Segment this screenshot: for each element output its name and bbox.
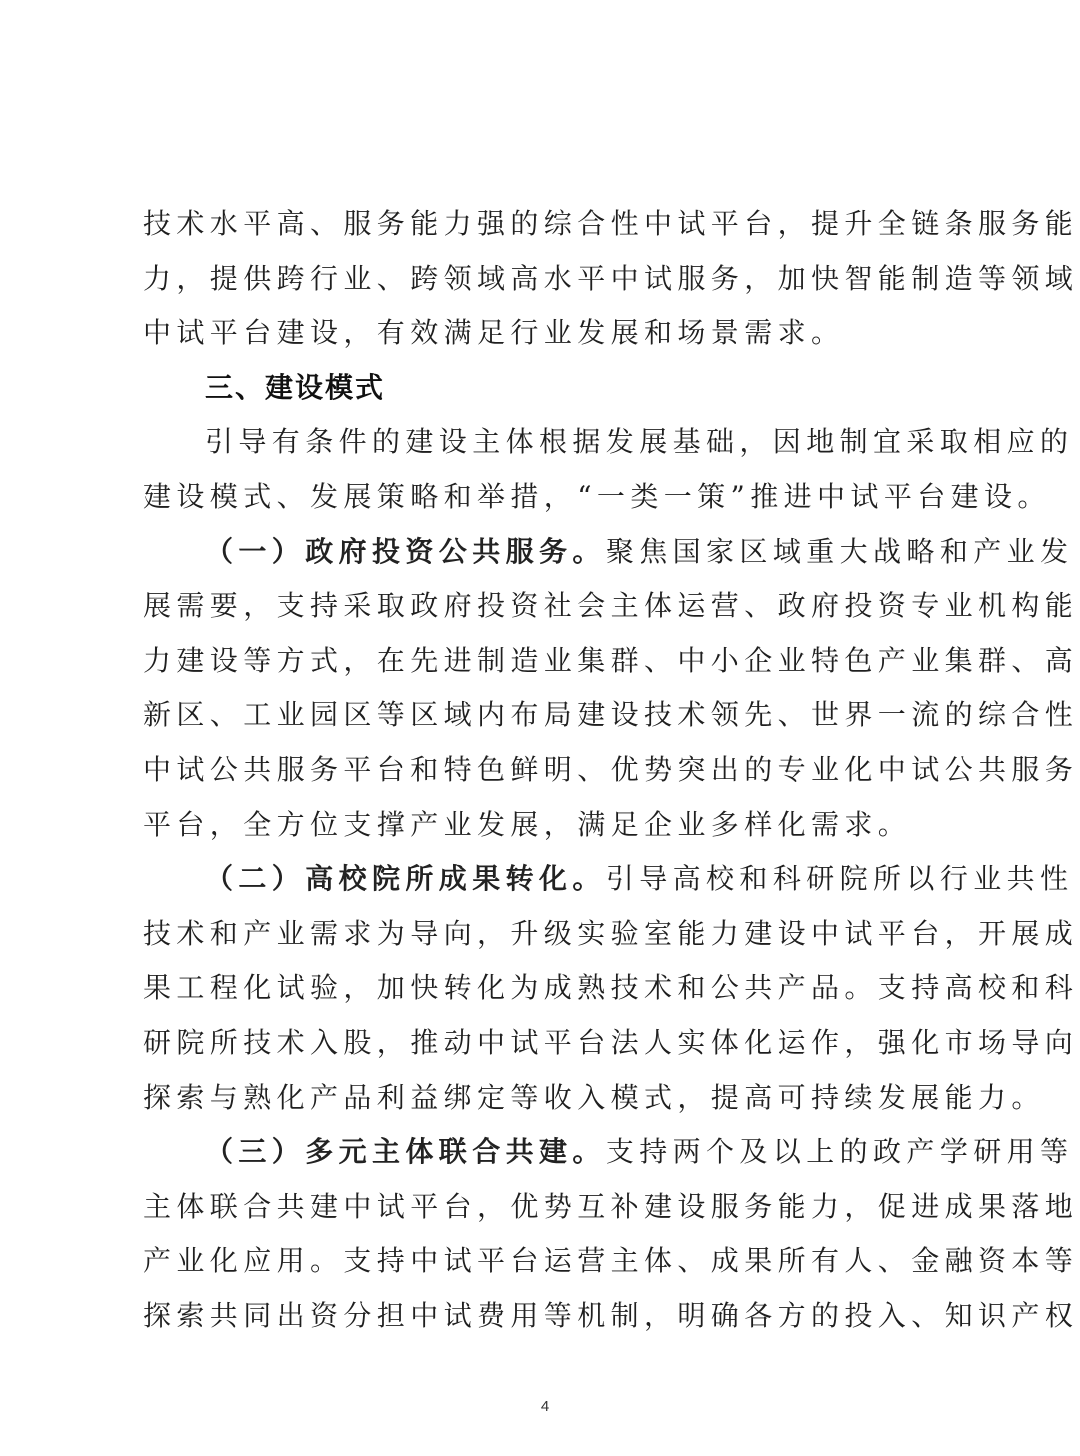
paragraph-line: 研院所技术入股，推动中试平台法人实体化运作，强化市场导向， <box>143 1023 947 1078</box>
paragraph-line: 新区、工业园区等区域内布局建设技术领先、世界一流的综合性 <box>143 695 947 750</box>
paragraph-line: 平台，全方位支撑产业发展，满足企业多样化需求。 <box>143 805 947 860</box>
paragraph-line: 建设模式、发展策略和举措，“一类一策”推进中试平台建设。 <box>143 477 947 532</box>
paragraph-line: 技术水平高、服务能力强的综合性中试平台，提升全链条服务能 <box>143 204 947 259</box>
subsection-line: （三）多元主体联合共建。支持两个及以上的政产学研用等 <box>143 1132 947 1187</box>
paragraph-line: 展需要，支持采取政府投资社会主体运营、政府投资专业机构能 <box>143 586 947 641</box>
paragraph-line: 力，提供跨行业、跨领域高水平中试服务，加快智能制造等领域 <box>143 259 947 314</box>
paragraph-line: 引导有条件的建设主体根据发展基础，因地制宜采取相应的 <box>143 422 947 477</box>
subsection-title: （一）政府投资公共服务。 <box>205 535 606 568</box>
subsection-line: （一）政府投资公共服务。聚焦国家区域重大战略和产业发 <box>143 532 947 587</box>
document-body: 技术水平高、服务能力强的综合性中试平台，提升全链条服务能 力，提供跨行业、跨领域… <box>143 204 947 1350</box>
subsection-text: 聚焦国家区域重大战略和产业发 <box>606 535 1074 568</box>
page-number: 4 <box>0 1398 1080 1415</box>
section-heading: 三、建设模式 <box>143 368 947 423</box>
document-page: 技术水平高、服务能力强的综合性中试平台，提升全链条服务能 力，提供跨行业、跨领域… <box>0 0 1080 1456</box>
subsection-title: （三）多元主体联合共建。 <box>205 1135 606 1168</box>
paragraph-line: 中试公共服务平台和特色鲜明、优势突出的专业化中试公共服务 <box>143 750 947 805</box>
paragraph-line: 产业化应用。支持中试平台运营主体、成果所有人、金融资本等， <box>143 1241 947 1296</box>
paragraph-line: 探索与熟化产品利益绑定等收入模式，提高可持续发展能力。 <box>143 1078 947 1133</box>
paragraph-line: 中试平台建设，有效满足行业发展和场景需求。 <box>143 313 947 368</box>
paragraph-line: 主体联合共建中试平台，优势互补建设服务能力，促进成果落地 <box>143 1187 947 1242</box>
paragraph-line: 力建设等方式，在先进制造业集群、中小企业特色产业集群、高 <box>143 641 947 696</box>
paragraph-line: 果工程化试验，加快转化为成熟技术和公共产品。支持高校和科 <box>143 968 947 1023</box>
paragraph-line: 探索共同出资分担中试费用等机制，明确各方的投入、知识产权 <box>143 1296 947 1351</box>
subsection-text: 支持两个及以上的政产学研用等 <box>606 1135 1074 1168</box>
subsection-title: （二）高校院所成果转化。 <box>205 862 606 895</box>
paragraph-line: 技术和产业需求为导向，升级实验室能力建设中试平台，开展成 <box>143 914 947 969</box>
subsection-line: （二）高校院所成果转化。引导高校和科研院所以行业共性 <box>143 859 947 914</box>
subsection-text: 引导高校和科研院所以行业共性 <box>606 862 1074 895</box>
